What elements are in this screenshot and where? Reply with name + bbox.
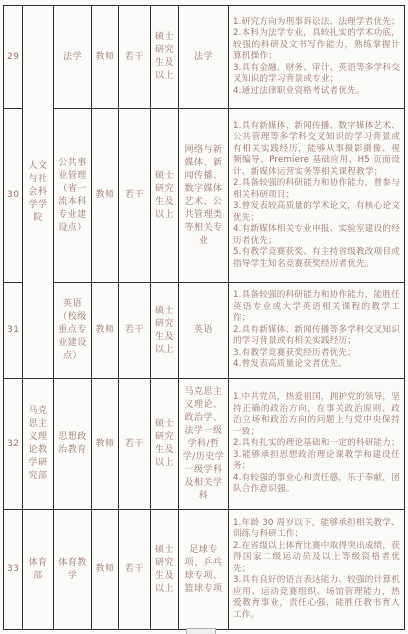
row31-education: 硕士研究生及以上: [151, 283, 179, 379]
row31-major: 英语: [179, 283, 229, 379]
table-row: 31 英语（校级重点专业建设点） 教师 若干 硕士研究生及以上 英语 1.具备较…: [4, 283, 405, 379]
row31-position: 英语（校级重点专业建设点）: [54, 283, 92, 379]
row30-requirements: 1.具有新媒体、新闻传播、数字媒体艺术、公共管理等多学科交叉知识的学习背景或有相…: [229, 109, 405, 283]
row30-number: 30: [4, 109, 23, 283]
row32-role: 教师: [92, 379, 119, 510]
row29-role: 教师: [92, 6, 119, 109]
row29-education: 硕士研究生及以上: [151, 6, 179, 109]
row32-requirements: 1.中共党员，热爱祖国，拥护党的领导，坚持正确的政治方向，在事关政治原则、政治立…: [229, 379, 405, 510]
table-row: 29 人文与社会科学学院 法学 教师 若干 硕士研究生及以上 法学 1.研究方向…: [4, 6, 405, 109]
row31-number: 31: [4, 283, 23, 379]
row33-requirements: 1.年龄 30 周岁以下，能够承担相关教学、训练与科研工作； 2.在省级以上体育…: [229, 510, 405, 630]
row31-role: 教师: [92, 283, 119, 379]
row33-major: 足球专项、乒乓球专项、篮球专项: [179, 510, 229, 630]
row32-major: 马克思主义理论、政治学、法学一级学科/哲学/历史学一级学科及相关学科: [179, 379, 229, 510]
row32-count: 若干: [119, 379, 151, 510]
row32-number: 32: [4, 379, 23, 510]
department-cell-sports: 体育部: [23, 510, 54, 630]
row30-major: 网络与新媒体、新闻传播、数字媒体艺术、公共管理类等相关专业: [179, 109, 229, 283]
table-row: 32 马克思主义理论教学研究部 思想政治教育 教师 若干 硕士研究生及以上 马克…: [4, 379, 405, 510]
row33-role: 教师: [92, 510, 119, 630]
row29-count: 若干: [119, 6, 151, 109]
recruitment-table: 29 人文与社会科学学院 法学 教师 若干 硕士研究生及以上 法学 1.研究方向…: [3, 5, 405, 630]
row32-position: 思想政治教育: [54, 379, 92, 510]
row33-education: 硕士研究生及以上: [151, 510, 179, 630]
scanned-page: 29 人文与社会科学学院 法学 教师 若干 硕士研究生及以上 法学 1.研究方向…: [0, 0, 408, 634]
department-cell-marxism: 马克思主义理论教学研究部: [23, 379, 54, 510]
row33-number: 33: [4, 510, 23, 630]
table-row: 33 体育部 体育教学 教师 若干 硕士研究生及以上 足球专项、乒乓球专项、篮球…: [4, 510, 405, 630]
row33-count: 若干: [119, 510, 151, 630]
row29-number: 29: [4, 6, 23, 109]
row31-requirements: 1.具备较强的科研能力和协作能力，能胜任英语专业或大学英语相关课程的教学工作； …: [229, 283, 405, 379]
row29-requirements: 1.研究方向为刑事诉讼法、法理学者优先； 2.本科为法学专业，具较扎实的学术功底…: [229, 6, 405, 109]
row30-education: 硕士研究生及以上: [151, 109, 179, 283]
row30-role: 教师: [92, 109, 119, 283]
row29-position: 法学: [54, 6, 92, 109]
table-row: 30 公共事业管理（省一流本科专业建设点） 教师 若干 硕士研究生及以上 网络与…: [4, 109, 405, 283]
scan-artifact-box: [186, 628, 216, 634]
row30-position: 公共事业管理（省一流本科专业建设点）: [54, 109, 92, 283]
row32-education: 硕士研究生及以上: [151, 379, 179, 510]
row33-position: 体育教学: [54, 510, 92, 630]
row30-count: 若干: [119, 109, 151, 283]
row29-major: 法学: [179, 6, 229, 109]
department-cell-humanities: 人文与社会科学学院: [23, 6, 54, 379]
row31-count: 若干: [119, 283, 151, 379]
